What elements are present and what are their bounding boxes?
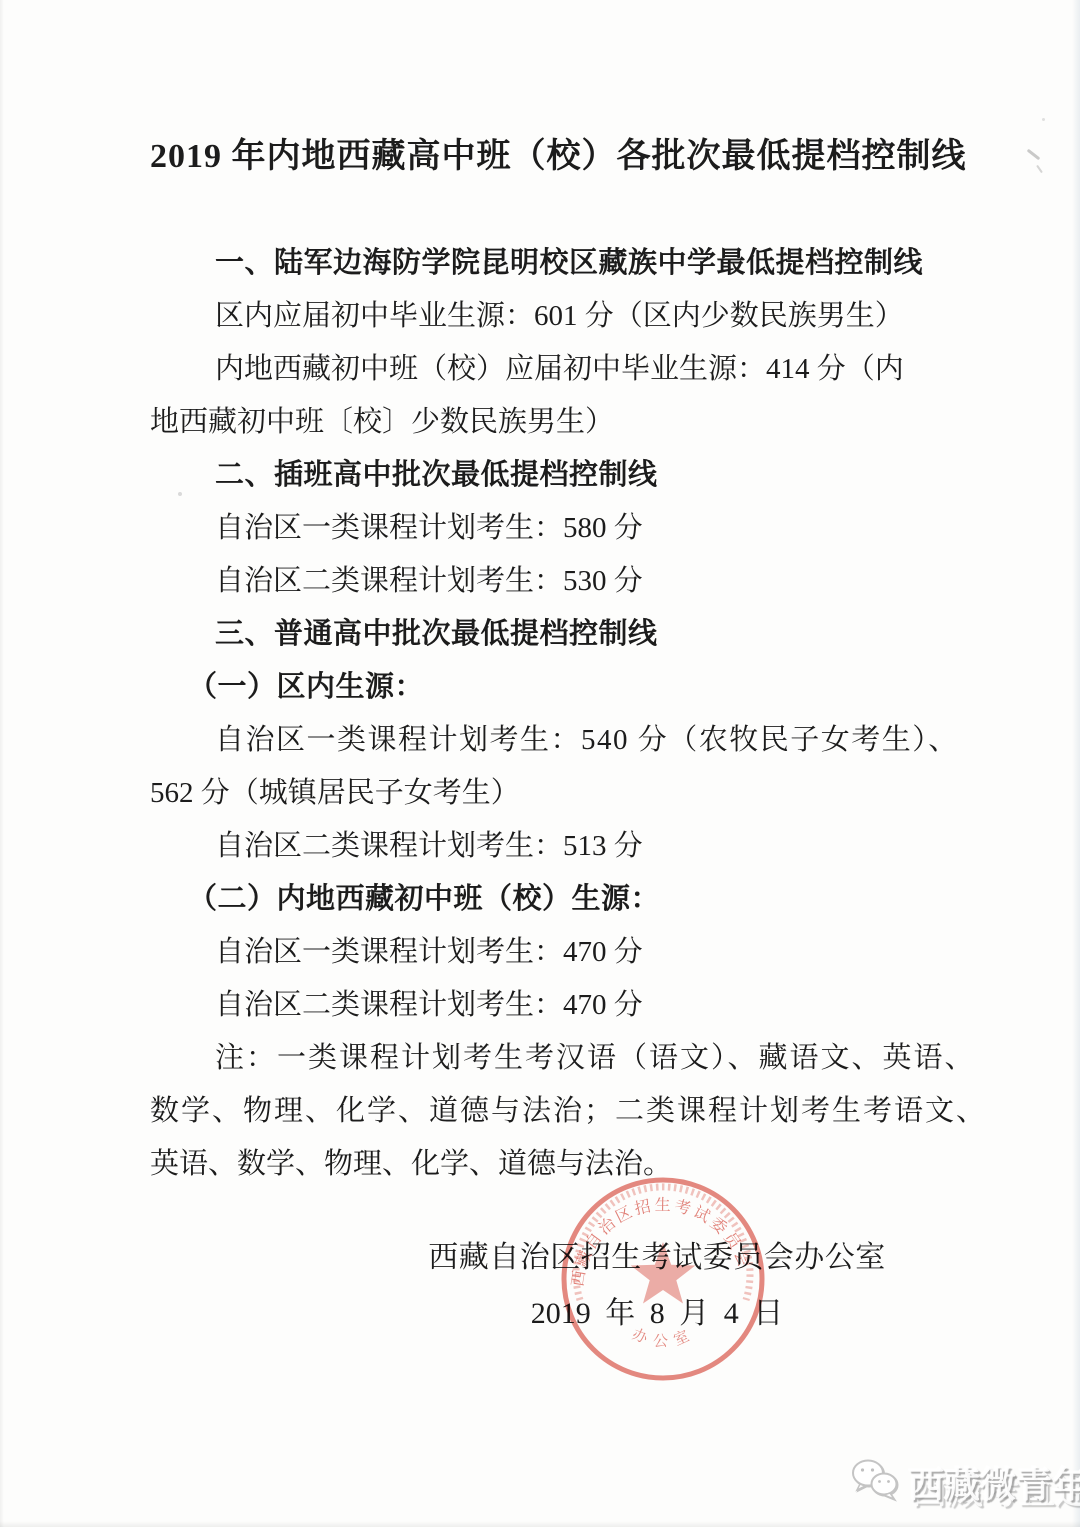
watermark-text: 西藏考直通车 西藏微青年 — [908, 1453, 1080, 1507]
scan-edge-right — [1072, 0, 1080, 1527]
scan-edge-bottom — [0, 1521, 1080, 1527]
official-seal-icon: 西藏自治区招生考试委员会 办公室 — [558, 1170, 770, 1390]
document-body: 一、陆军边海防学院昆明校区藏族中学最低提档控制线 区内应届初中毕业生源：601 … — [150, 237, 920, 1191]
scanned-document-page: 2019 年内地西藏高中班（校）各批次最低提档控制线 一、陆军边海防学院昆明校区… — [0, 0, 1080, 1527]
star-icon — [631, 1242, 696, 1304]
watermark: 西藏考直通车 西藏微青年 — [850, 1448, 1080, 1512]
section-1-heading: 一、陆军边海防学院昆明校区藏族中学最低提档控制线 — [150, 237, 920, 290]
subsection-2-heading: （二）内地西藏初中班（校）生源： — [150, 873, 920, 926]
subsection-1-heading: （一）区内生源： — [150, 661, 920, 714]
score-line-414-part1: 内地西藏初中班（校）应届初中毕业生源：414 分（内 — [150, 343, 920, 396]
note-line-2: 数学、物理、化学、道德与法治；二类课程计划考生考语文、 — [150, 1085, 920, 1138]
score-line-540-part1: 自治区一类课程计划考生：540 分（农牧民子女考生）、 — [150, 714, 920, 767]
section-2-heading: 二、插班高中批次最低提档控制线 — [150, 449, 920, 502]
score-line-580: 自治区一类课程计划考生：580 分 — [150, 502, 920, 555]
score-line-470-class2: 自治区二类课程计划考生：470 分 — [150, 979, 920, 1032]
document-title: 2019 年内地西藏高中班（校）各批次最低提档控制线 — [150, 128, 908, 177]
score-line-470-class1: 自治区一类课程计划考生：470 分 — [150, 926, 920, 979]
note-line-3: 英语、数学、物理、化学、道德与法治。 — [150, 1138, 920, 1191]
scan-speck — [1036, 165, 1043, 174]
scan-speck — [1042, 118, 1045, 121]
score-line-513: 自治区二类课程计划考生：513 分 — [150, 820, 920, 873]
score-line-562-part2: 562 分（城镇居民子女考生） — [150, 767, 920, 820]
score-line-414-part2: 地西藏初中班〔校〕少数民族男生） — [150, 396, 920, 449]
scan-edge-left — [0, 0, 4, 1527]
wechat-icon — [850, 1457, 902, 1503]
scan-speck — [1027, 149, 1041, 161]
score-line-601: 区内应届初中毕业生源：601 分（区内少数民族男生） — [150, 290, 920, 343]
section-3-heading: 三、普通高中批次最低提档控制线 — [150, 608, 920, 661]
score-line-530: 自治区二类课程计划考生：530 分 — [150, 555, 920, 608]
note-line-1: 注：一类课程计划考生考汉语（语文）、藏语文、英语、 — [150, 1032, 920, 1085]
svg-text:办公室: 办公室 — [630, 1324, 699, 1350]
watermark-line-1: 西藏微青年 — [908, 1457, 1080, 1508]
